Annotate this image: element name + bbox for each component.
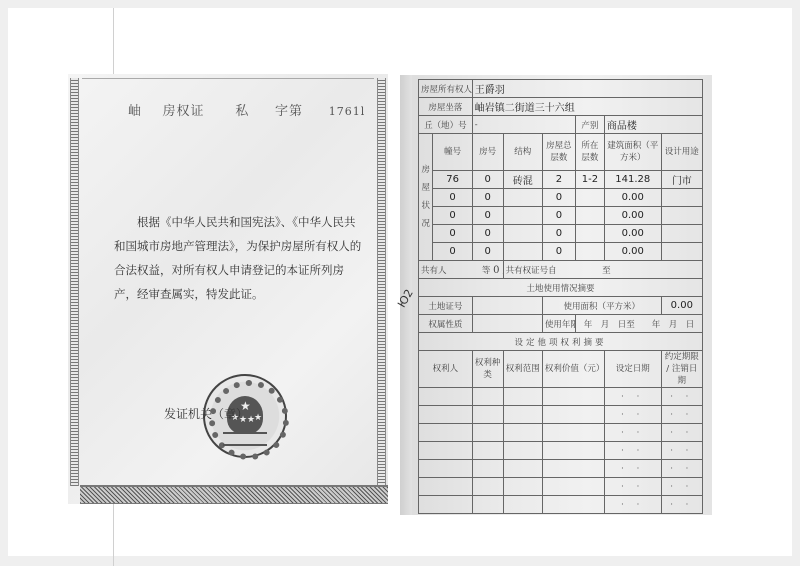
cell — [503, 225, 542, 243]
co-cert-to: 至 — [602, 266, 611, 276]
co-cert-cell: 共有权证号自 至 — [503, 261, 702, 279]
cell: 砖混 — [503, 171, 542, 189]
cell — [419, 442, 473, 460]
cell — [503, 189, 542, 207]
cell: 0 — [433, 207, 472, 225]
cell — [472, 442, 503, 460]
cell — [419, 496, 473, 514]
certificate-right-page: 房屋所有权人 王爵羽 房屋坐落 岫岩镇二街道三十六组 丘（地）号 - 产别 商品… — [400, 75, 712, 515]
cell — [503, 207, 542, 225]
cell — [419, 406, 473, 424]
rights-row: · ·· · — [419, 442, 703, 460]
cell: 0 — [542, 207, 575, 225]
owner-value: 王爵羽 — [472, 80, 702, 98]
col-right-scope: 权利范围 — [503, 351, 542, 388]
cell: 0.00 — [604, 207, 661, 225]
use-term-value: 年 月 日至 年 月 日 — [575, 315, 702, 333]
cell — [503, 460, 542, 478]
cell — [575, 225, 604, 243]
certificate-number: 1761l — [329, 105, 366, 118]
rights-row: · ·· · — [419, 388, 703, 406]
cell: 0 — [433, 243, 472, 261]
col-building-no: 幢号 — [433, 134, 472, 171]
cell — [419, 460, 473, 478]
registration-table: 房屋所有权人 王爵羽 房屋坐落 岫岩镇二街道三十六组 丘（地）号 - 产别 商品… — [418, 79, 703, 514]
cell: 0 — [542, 225, 575, 243]
cell: 0 — [542, 189, 575, 207]
cell: 0.00 — [604, 225, 661, 243]
co-owner-row: 共有人 等 0 人 共有权证号自 至 — [419, 261, 703, 279]
col-cancel-date-label: 注销日期 — [672, 364, 698, 386]
cell — [419, 478, 473, 496]
cell — [542, 460, 604, 478]
cell: · · — [661, 478, 702, 496]
cell: 2 — [542, 171, 575, 189]
cell — [503, 406, 542, 424]
cell: 0 — [472, 189, 503, 207]
col-area: 建筑面积（平方米） — [604, 134, 661, 171]
land-cert-row: 土地证号 使用面积（平方米） 0.00 — [419, 297, 703, 315]
cell — [472, 460, 503, 478]
title-private: 私 — [235, 100, 249, 119]
cell: · · — [661, 424, 702, 442]
col-right-value: 权利价值（元） — [542, 351, 604, 388]
col-cancel-date: 约定期限 / 注销日期 — [661, 351, 702, 388]
col-room-no: 房号 — [472, 134, 503, 171]
cell — [419, 424, 473, 442]
cell: · · — [604, 406, 661, 424]
rights-row: · ·· · — [419, 496, 703, 514]
cell: 76 — [433, 171, 472, 189]
owner-row: 房屋所有权人 王爵羽 — [419, 80, 703, 98]
cell: 0.00 — [604, 243, 661, 261]
cell — [503, 424, 542, 442]
cell — [503, 243, 542, 261]
rights-row: · ·· · — [419, 406, 703, 424]
cell — [542, 388, 604, 406]
co-owner-prefix: 等 — [482, 266, 491, 276]
ownership-nature-label: 权属性质 — [419, 315, 473, 333]
certificate-body-text: 根据《中华人民共和国宪法》、《中华人民共和国城市房地产管理法》，为保护房屋所有权… — [114, 210, 364, 306]
ownership-nature-row: 权属性质 使用年限 年 月 日至 年 月 日 — [419, 315, 703, 333]
rights-row: · ·· · — [419, 460, 703, 478]
cell: 0 — [433, 189, 472, 207]
co-owner-cell: 共有人 等 0 人 — [419, 261, 504, 279]
cell — [419, 388, 473, 406]
land-area-label: 使用面积（平方米） — [542, 297, 661, 315]
house-header-row: 房屋状况 幢号 房号 结构 房屋总层数 所在层数 建筑面积（平方米） 设计用途 — [419, 134, 703, 171]
cell — [503, 442, 542, 460]
cell: 0.00 — [604, 189, 661, 207]
cell: · · — [661, 406, 702, 424]
cell — [661, 207, 702, 225]
lot-label: 丘（地）号 — [419, 116, 473, 134]
col-right-holder: 权利人 — [419, 351, 473, 388]
category-label: 产别 — [575, 116, 604, 134]
cell — [503, 388, 542, 406]
cell — [472, 406, 503, 424]
cell — [542, 442, 604, 460]
rights-row: · ·· · — [419, 424, 703, 442]
location-row: 房屋坐落 岫岩镇二街道三十六组 — [419, 98, 703, 116]
certificate-number-line: 岫 房权证 私 字第 1761l 号 — [128, 100, 420, 119]
col-agreed-term: 约定期限 — [665, 352, 699, 362]
star-icon: ★ — [254, 414, 262, 423]
cell: 0 — [472, 243, 503, 261]
cell: · · — [604, 424, 661, 442]
house-row: 0 0 0 0.00 — [419, 243, 703, 261]
co-owner-label: 共有人 — [421, 266, 447, 276]
rights-section-row: 设定他项权利摘要 — [419, 333, 703, 351]
emblem-base — [223, 432, 267, 446]
house-row: 76 0 砖混 2 1-2 141.28 门市 — [419, 171, 703, 189]
decorative-border-left — [70, 78, 79, 486]
decorative-border-bottom — [80, 485, 388, 504]
cell — [542, 478, 604, 496]
cell: 1-2 — [575, 171, 604, 189]
house-row: 0 0 0 0.00 — [419, 207, 703, 225]
co-owner-count: 0 — [493, 265, 499, 276]
rights-section-title: 设定他项权利摘要 — [419, 333, 703, 351]
cell — [472, 478, 503, 496]
cell — [503, 496, 542, 514]
cell — [661, 243, 702, 261]
cell: 0 — [542, 243, 575, 261]
co-cert-label: 共有权证号自 — [506, 266, 557, 276]
cell — [661, 189, 702, 207]
issuing-authority-label: 发证机关（章） — [164, 405, 248, 422]
cell — [503, 478, 542, 496]
location-value: 岫岩镇二街道三十六组 — [472, 98, 702, 116]
ownership-nature-value — [472, 315, 542, 333]
col-floor: 所在层数 — [575, 134, 604, 171]
col-set-date: 设定日期 — [604, 351, 661, 388]
house-status-label: 房屋状况 — [419, 134, 433, 261]
cell: 门市 — [661, 171, 702, 189]
col-usage: 设计用途 — [661, 134, 702, 171]
lot-row: 丘（地）号 - 产别 商品楼 — [419, 116, 703, 134]
cell: 141.28 — [604, 171, 661, 189]
cell — [575, 189, 604, 207]
cell — [575, 243, 604, 261]
title-prefix: 岫 — [128, 100, 142, 119]
land-section-title: 土地使用情况摘要 — [419, 279, 703, 297]
cell: · · — [604, 442, 661, 460]
cell — [542, 406, 604, 424]
lot-value: - — [472, 116, 575, 134]
cell — [472, 388, 503, 406]
col-right-type: 权利种类 — [472, 351, 503, 388]
land-section-row: 土地使用情况摘要 — [419, 279, 703, 297]
category-value: 商品楼 — [604, 116, 702, 134]
decorative-border-right — [377, 78, 386, 486]
cell — [575, 207, 604, 225]
cell — [472, 496, 503, 514]
certificate-left-page: 岫 房权证 私 字第 1761l 号 根据《中华人民共和国宪法》、《中华人民共和… — [68, 74, 388, 504]
col-total-floors: 房屋总层数 — [542, 134, 575, 171]
cell: 0 — [472, 225, 503, 243]
cell: · · — [604, 388, 661, 406]
land-cert-value — [472, 297, 542, 315]
land-cert-label: 土地证号 — [419, 297, 473, 315]
col-structure: 结构 — [503, 134, 542, 171]
title-cert-type: 房权证 — [163, 100, 205, 119]
cell: · · — [604, 478, 661, 496]
cell: 0 — [472, 171, 503, 189]
cell — [661, 225, 702, 243]
cell: 0 — [433, 225, 472, 243]
cell: 0 — [472, 207, 503, 225]
cell — [472, 424, 503, 442]
rights-row: · ·· · — [419, 478, 703, 496]
rights-header-row: 权利人 权利种类 权利范围 权利价值（元） 设定日期 约定期限 / 注销日期 — [419, 351, 703, 388]
cell — [542, 424, 604, 442]
cell: · · — [661, 442, 702, 460]
use-term-label: 使用年限 — [542, 315, 575, 333]
location-label: 房屋坐落 — [419, 98, 473, 116]
cell: · · — [661, 496, 702, 514]
cell: · · — [604, 460, 661, 478]
owner-label: 房屋所有权人 — [419, 80, 473, 98]
title-word-no: 字第 — [275, 100, 303, 119]
house-row: 0 0 0 0.00 — [419, 189, 703, 207]
cell: · · — [661, 460, 702, 478]
land-area-value: 0.00 — [661, 297, 702, 315]
cell — [542, 496, 604, 514]
cell: · · — [604, 496, 661, 514]
cell: · · — [661, 388, 702, 406]
house-row: 0 0 0 0.00 — [419, 225, 703, 243]
